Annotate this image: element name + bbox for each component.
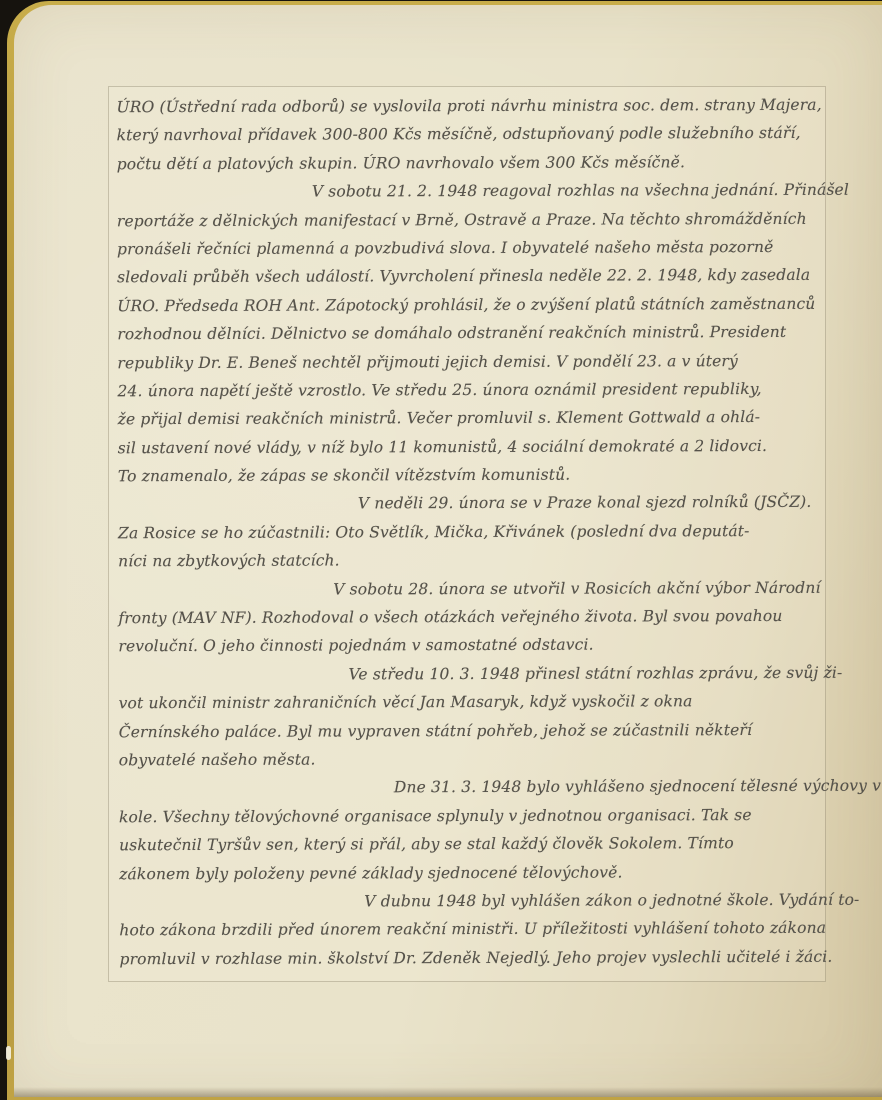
handwritten-line: Ve středu 10. 3. 1948 přinesl státní roz… (118, 659, 822, 690)
handwritten-line: obyvatelé našeho města. (119, 744, 823, 775)
paragraph: V dubnu 1948 byl vyhlášen zákon o jednot… (119, 886, 823, 974)
handwritten-line: V sobotu 28. února se utvořil v Rosicích… (118, 573, 822, 604)
handwritten-line: promluvil v rozhlase min. školství Dr. Z… (119, 942, 823, 973)
handwritten-line: Dne 31. 3. 1948 bylo vyhlášeno sjednocen… (119, 772, 823, 803)
handwritten-line: 24. února napětí ještě vzrostlo. Ve stře… (117, 375, 821, 406)
paragraph: V neděli 29. února se v Praze konal sjez… (118, 488, 822, 576)
paragraph: Dne 31. 3. 1948 bylo vyhlášeno sjednocen… (119, 772, 823, 888)
paragraph: V sobotu 28. února se utvořil v Rosicích… (118, 573, 822, 661)
handwritten-line: níci na zbytkových statcích. (118, 545, 822, 576)
handwritten-line: republiky Dr. E. Beneš nechtěl přijmouti… (117, 346, 821, 377)
handwritten-line: hoto zákona brzdili před únorem reakční … (119, 914, 823, 945)
handwritten-line: počtu dětí a platových skupin. ÚRO navrh… (117, 148, 821, 179)
handwritten-line: To znamenalo, že zápas se skončil vítězs… (118, 460, 822, 491)
handwritten-line: uskutečnil Tyršův sen, který si přál, ab… (119, 829, 823, 860)
handwritten-line: rozhodnou dělníci. Dělnictvo se domáhalo… (117, 318, 821, 349)
handwritten-line: revoluční. O jeho činnosti pojednám v sa… (118, 630, 822, 661)
handwritten-line: ÚRO (Ústřední rada odborů) se vyslovila … (116, 91, 820, 122)
bottom-binding-shadow (14, 1087, 882, 1097)
scanned-chronicle-page: { "document": { "kind": "handwritten chr… (0, 0, 882, 1100)
handwritten-line: pronášeli řečníci plamenná a povzbudivá … (117, 233, 821, 264)
handwritten-line: V neděli 29. února se v Praze konal sjez… (118, 488, 822, 519)
handwritten-line: V sobotu 21. 2. 1948 reagoval rozhlas na… (117, 176, 821, 207)
handwritten-line: vot ukončil ministr zahraničních věcí Ja… (119, 687, 823, 718)
paragraph: V sobotu 21. 2. 1948 reagoval rozhlas na… (117, 176, 822, 491)
handwritten-line: sil ustavení nové vlády, v níž bylo 11 k… (118, 431, 822, 462)
handwritten-line: který navrhoval přídavek 300-800 Kčs měs… (117, 119, 821, 150)
gilt-edge-highlight (6, 1046, 11, 1060)
handwritten-text-block: ÚRO (Ústřední rada odborů) se vyslovila … (116, 91, 823, 974)
handwritten-line: sledovali průběh všech událostí. Vyvrcho… (117, 261, 821, 292)
handwritten-line: Černínského paláce. Byl mu vypraven stát… (119, 715, 823, 746)
handwritten-line: kole. Všechny tělovýchovné organisace sp… (119, 801, 823, 832)
handwritten-line: fronty (MAV NF). Rozhodoval o všech otáz… (118, 602, 822, 633)
handwritten-line: ÚRO. Předseda ROH Ant. Zápotocký prohlás… (117, 290, 821, 321)
paragraph: ÚRO (Ústřední rada odborů) se vyslovila … (116, 91, 820, 179)
paragraph: Ve středu 10. 3. 1948 přinesl státní roz… (118, 659, 822, 775)
handwritten-line: reportáže z dělnických manifestací v Brn… (117, 204, 821, 235)
handwritten-line: zákonem byly položeny pevné základy sjed… (119, 857, 823, 888)
handwritten-line: Za Rosice se ho zúčastnili: Oto Světlík,… (118, 517, 822, 548)
handwritten-line: že přijal demisi reakčních ministrů. Več… (118, 403, 822, 434)
handwritten-line: V dubnu 1948 byl vyhlášen zákon o jednot… (119, 886, 823, 917)
